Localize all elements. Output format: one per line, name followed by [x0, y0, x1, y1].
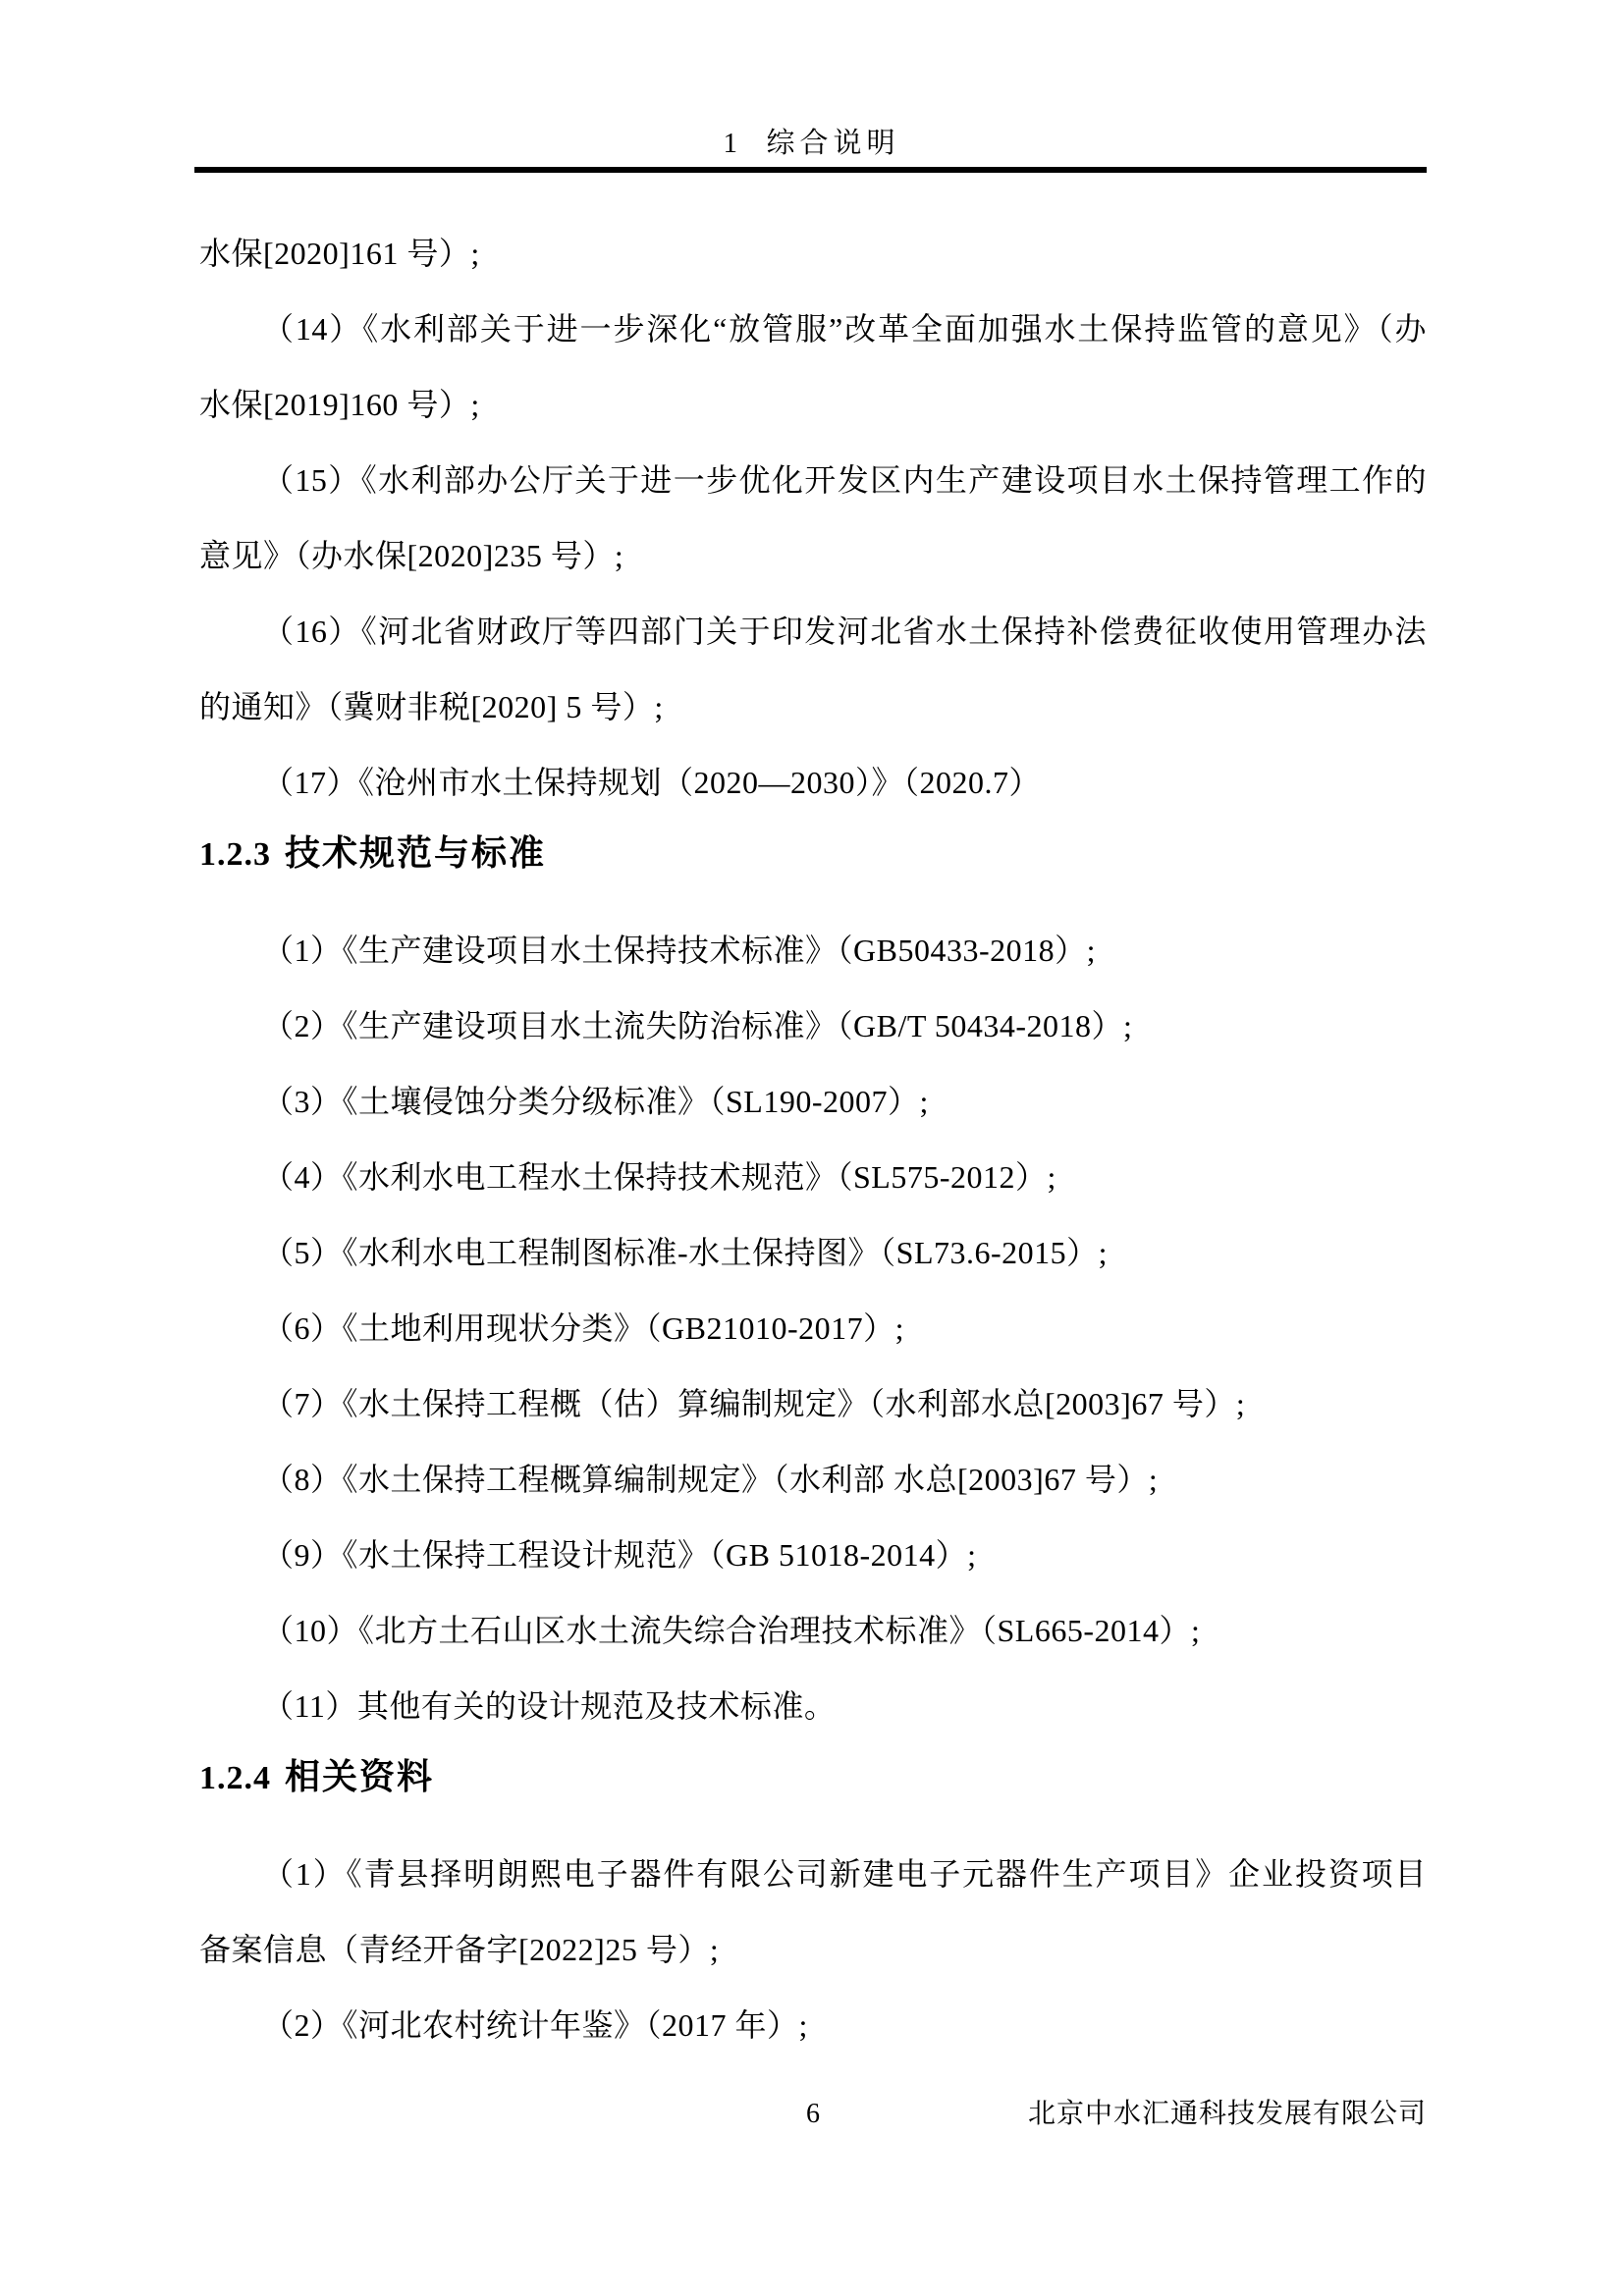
text-line: （3）《土壤侵蚀分类分级标准》（SL190-2007）; [199, 1064, 1427, 1140]
section-heading: 1.2.3技术规范与标准 [199, 815, 1427, 890]
text-line: （9）《水土保持工程设计规范》（GB 51018-2014）; [199, 1518, 1427, 1593]
text-line: （10）《北方土石山区水土流失综合治理技术标准》（SL665-2014）; [199, 1593, 1427, 1669]
text-line: （5）《水利水电工程制图标准-水土保持图》（SL73.6-2015）; [199, 1215, 1427, 1291]
section-heading-number: 1.2.3 [199, 836, 271, 873]
text-line: （16）《河北省财政厅等四部门关于印发河北省水土保持补偿费征收使用管理办法 [199, 594, 1427, 669]
header-divider-rule [194, 167, 1427, 173]
page-number: 6 [806, 2093, 820, 2136]
document-lines: 水保[2020]161 号）;（14）《水利部关于进一步深化“放管服”改革全面加… [199, 216, 1427, 2063]
section-heading-title: 技术规范与标准 [285, 832, 546, 873]
section-heading-title: 相关资料 [285, 1756, 434, 1796]
text-line: （15）《水利部办公厅关于进一步优化开发区内生产建设项目水土保持管理工作的 [199, 443, 1427, 518]
text-line: 水保[2019]160 号）; [199, 367, 1427, 443]
footer-company-name: 北京中水汇通科技发展有限公司 [1028, 2093, 1427, 2136]
text-line: （7）《水土保持工程概（估）算编制规定》（水利部水总[2003]67 号）; [199, 1366, 1427, 1442]
section-heading-number: 1.2.4 [199, 1760, 271, 1796]
text-line: （2）《生产建设项目水土流失防治标准》（GB/T 50434-2018）; [199, 988, 1427, 1064]
text-line: 的通知》（冀财非税[2020] 5 号）; [199, 669, 1427, 745]
text-line: （1）《生产建设项目水土保持技术标准》（GB50433-2018）; [199, 913, 1427, 988]
text-line: （2）《河北农村统计年鉴》（2017 年）; [199, 1988, 1427, 2063]
text-line: （8）《水土保持工程概算编制规定》（水利部 水总[2003]67 号）; [199, 1442, 1427, 1518]
section-heading: 1.2.4相关资料 [199, 1738, 1427, 1814]
text-line: （14）《水利部关于进一步深化“放管服”改革全面加强水土保持监管的意见》（办 [199, 292, 1427, 367]
page-footer: 6 北京中水汇通科技发展有限公司 [199, 2093, 1427, 2136]
text-line: （11）其他有关的设计规范及技术标准。 [199, 1669, 1427, 1744]
text-line: 意见》（办水保[2020]235 号）; [199, 518, 1427, 594]
text-line: （1）《青县择明朗熙电子器件有限公司新建电子元器件生产项目》企业投资项目 [199, 1837, 1427, 1912]
document-page: 1 综合说明 水保[2020]161 号）;（14）《水利部关于进一步深化“放管… [0, 0, 1624, 2296]
page-header-section-label: 1 综合说明 [196, 126, 1427, 161]
text-line: 水保[2020]161 号）; [199, 216, 1427, 292]
text-line: （4）《水利水电工程水土保持技术规范》（SL575-2012）; [199, 1140, 1427, 1215]
text-line: （17）《沧州市水土保持规划（2020—2030）》（2020.7） [199, 745, 1427, 821]
text-line: （6）《土地利用现状分类》（GB21010-2017）; [199, 1291, 1427, 1366]
text-line: 备案信息（青经开备字[2022]25 号）; [199, 1912, 1427, 1988]
